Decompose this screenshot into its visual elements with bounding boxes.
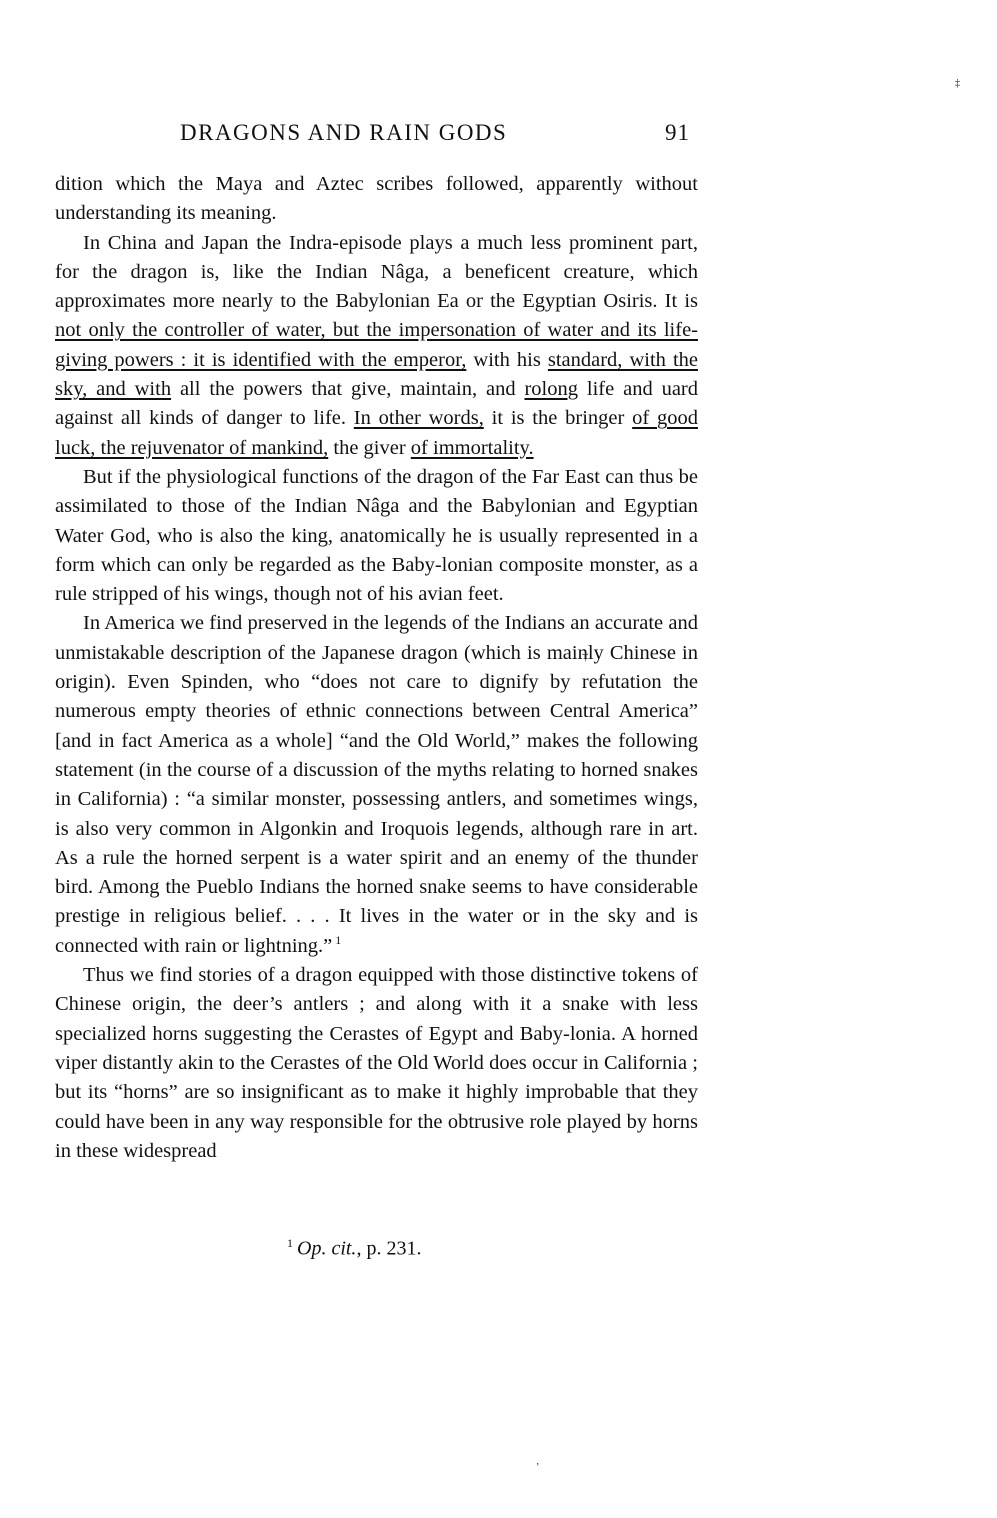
text-run: with his: [466, 349, 548, 371]
paragraph: But if the physiological functions of th…: [55, 463, 698, 609]
paragraph: In China and Japan the Indra-episode pla…: [55, 229, 698, 463]
underlined-passage: rolong: [524, 378, 578, 400]
footnote-citation: Op. cit.: [297, 1238, 356, 1260]
text-run: But if the physiological functions of th…: [55, 466, 698, 605]
page-number: 91: [665, 120, 690, 146]
margin-scan-mark: ‡: [955, 78, 960, 89]
underlined-passage: In other words,: [354, 407, 484, 429]
body-text: dition which the Maya and Aztec scribes …: [55, 170, 698, 1166]
text-run: In America we find preserved in the lege…: [55, 612, 698, 956]
running-head: DRAGONS AND RAIN GODS 91: [180, 120, 690, 160]
text-run: Thus we find stories of a dragon equippe…: [55, 964, 698, 1162]
text-run: it is the bringer: [484, 407, 632, 429]
footnote-page: , p. 231.: [356, 1238, 421, 1260]
footnote: 1Op. cit., p. 231.: [287, 1236, 421, 1261]
text-run: In China and Japan the Indra-episode pla…: [55, 232, 698, 313]
bottom-scan-mark: ’: [536, 1462, 539, 1473]
running-head-title: DRAGONS AND RAIN GODS: [180, 120, 507, 146]
footnote-reference: 1: [332, 933, 341, 947]
book-page: DRAGONS AND RAIN GODS 91 dition which th…: [0, 0, 997, 1518]
text-run: the giver: [328, 437, 411, 459]
text-run: all the powers that give, maintain, and: [171, 378, 524, 400]
stray-ink-mark: †: [582, 648, 589, 664]
paragraph: Thus we find stories of a dragon equippe…: [55, 961, 698, 1166]
underlined-passage: of immortality.: [411, 437, 534, 459]
text-run: dition which the Maya and Aztec scribes …: [55, 173, 698, 224]
paragraph: In America we find preserved in the lege…: [55, 609, 698, 961]
footnote-marker: 1: [287, 1236, 293, 1250]
paragraph: dition which the Maya and Aztec scribes …: [55, 170, 698, 229]
